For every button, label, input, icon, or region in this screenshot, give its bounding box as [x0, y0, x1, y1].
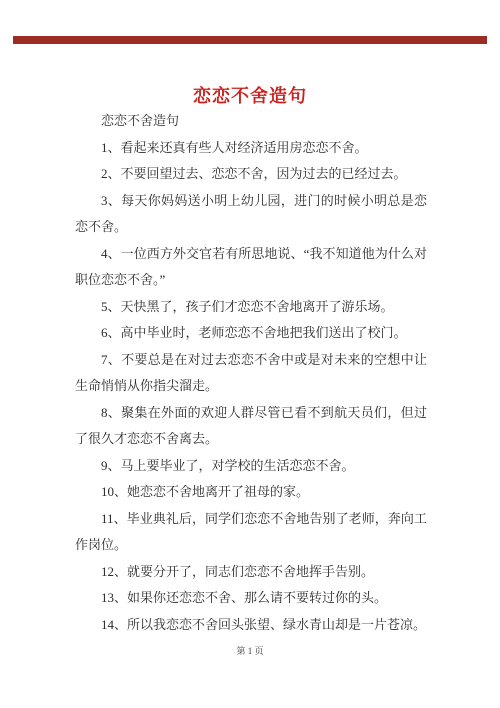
paragraph-sentence-9: 9、马上要毕业了，对学校的生活恋恋不舍。: [75, 453, 427, 480]
paragraph-sentence-6: 6、高中毕业时，老师恋恋不舍地把我们送出了校门。: [75, 320, 427, 347]
document-page: { "colors": { "page_background": "#fffff…: [0, 0, 500, 708]
paragraph-sentence-3: 3、每天你妈妈送小明上幼儿园，进门的时候小明总是恋恋不舍。: [75, 188, 427, 241]
paragraph-sentence-14: 14、所以我恋恋不舍回头张望、绿水青山却是一片苍凉。: [75, 612, 427, 639]
paragraph-sentence-1: 1、看起来还真有些人对经济适用房恋恋不舍。: [75, 135, 427, 162]
paragraph-sentence-10: 10、她恋恋不舍地离开了祖母的家。: [75, 479, 427, 506]
paragraph-sentence-5: 5、天快黑了，孩子们才恋恋不舍地离开了游乐场。: [75, 294, 427, 321]
paragraph-heading: 恋恋不舍造句: [75, 108, 427, 135]
paragraph-sentence-2: 2、不要回望过去、恋恋不舍，因为过去的已经过去。: [75, 161, 427, 188]
page-title: 恋恋不舍造句: [0, 82, 500, 108]
paragraph-sentence-13: 13、如果你还恋恋不舍、那么请不要转过你的头。: [75, 585, 427, 612]
paragraph-sentence-12: 12、就要分开了，同志们恋恋不舍地挥手告别。: [75, 559, 427, 586]
top-accent-bar: [13, 36, 487, 44]
paragraph-sentence-4: 4、一位西方外交官若有所思地说、“我不知道他为什么对职位恋恋不舍。”: [75, 241, 427, 294]
page-number: 第 1 页: [236, 646, 263, 656]
document-body: 恋恋不舍造句 1、看起来还真有些人对经济适用房恋恋不舍。 2、不要回望过去、恋恋…: [75, 108, 427, 638]
paragraph-sentence-7: 7、不要总是在对过去恋恋不舍中或是对未来的空想中让生命悄悄从你指尖溜走。: [75, 347, 427, 400]
page-footer: 第 1 页: [0, 644, 500, 657]
paragraph-sentence-8: 8、聚集在外面的欢迎人群尽管已看不到航天员们，但过了很久才恋恋不舍离去。: [75, 400, 427, 453]
paragraph-sentence-11: 11、毕业典礼后，同学们恋恋不舍地告别了老师，奔向工作岗位。: [75, 506, 427, 559]
